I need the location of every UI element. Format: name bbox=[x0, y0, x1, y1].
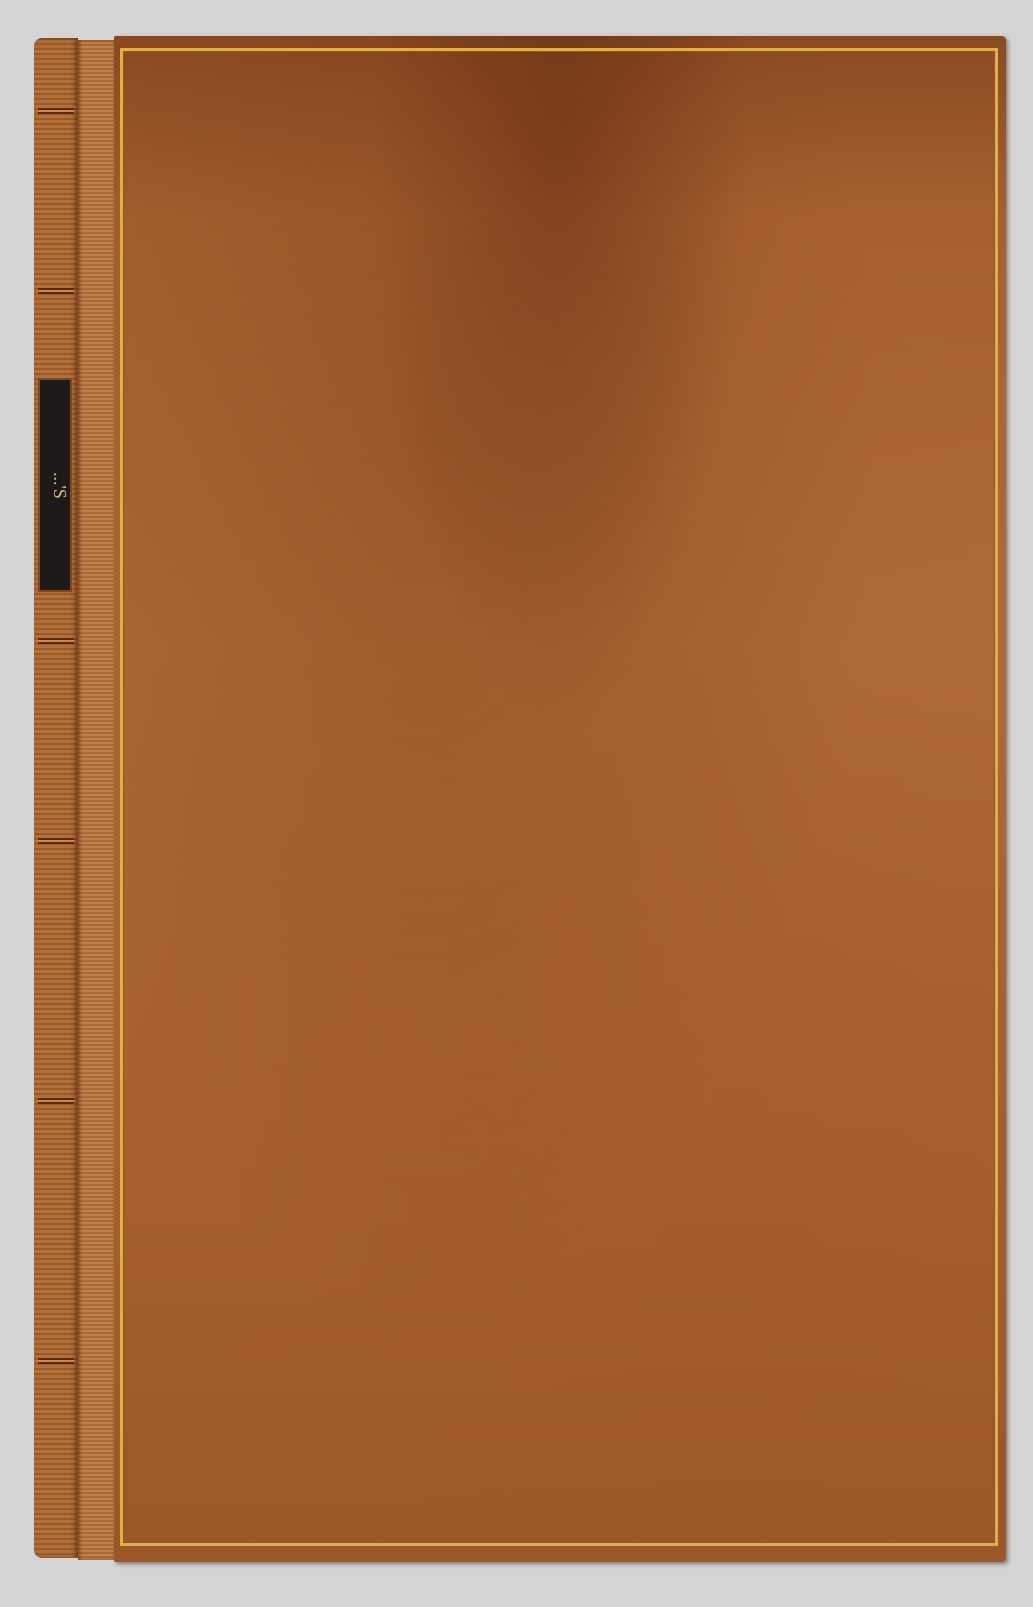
gilt-border bbox=[120, 48, 998, 1546]
book: ...'S bbox=[34, 36, 1004, 1564]
spine-band bbox=[38, 108, 74, 114]
spine-band bbox=[38, 1098, 74, 1104]
spine-band bbox=[38, 1358, 74, 1364]
front-cover bbox=[114, 36, 1006, 1562]
book-spine: ...'S bbox=[34, 38, 78, 1558]
spine-band bbox=[38, 838, 74, 844]
spine-band bbox=[38, 288, 74, 294]
spine-band bbox=[38, 638, 74, 644]
spine-title-label: ...'S bbox=[38, 378, 72, 592]
